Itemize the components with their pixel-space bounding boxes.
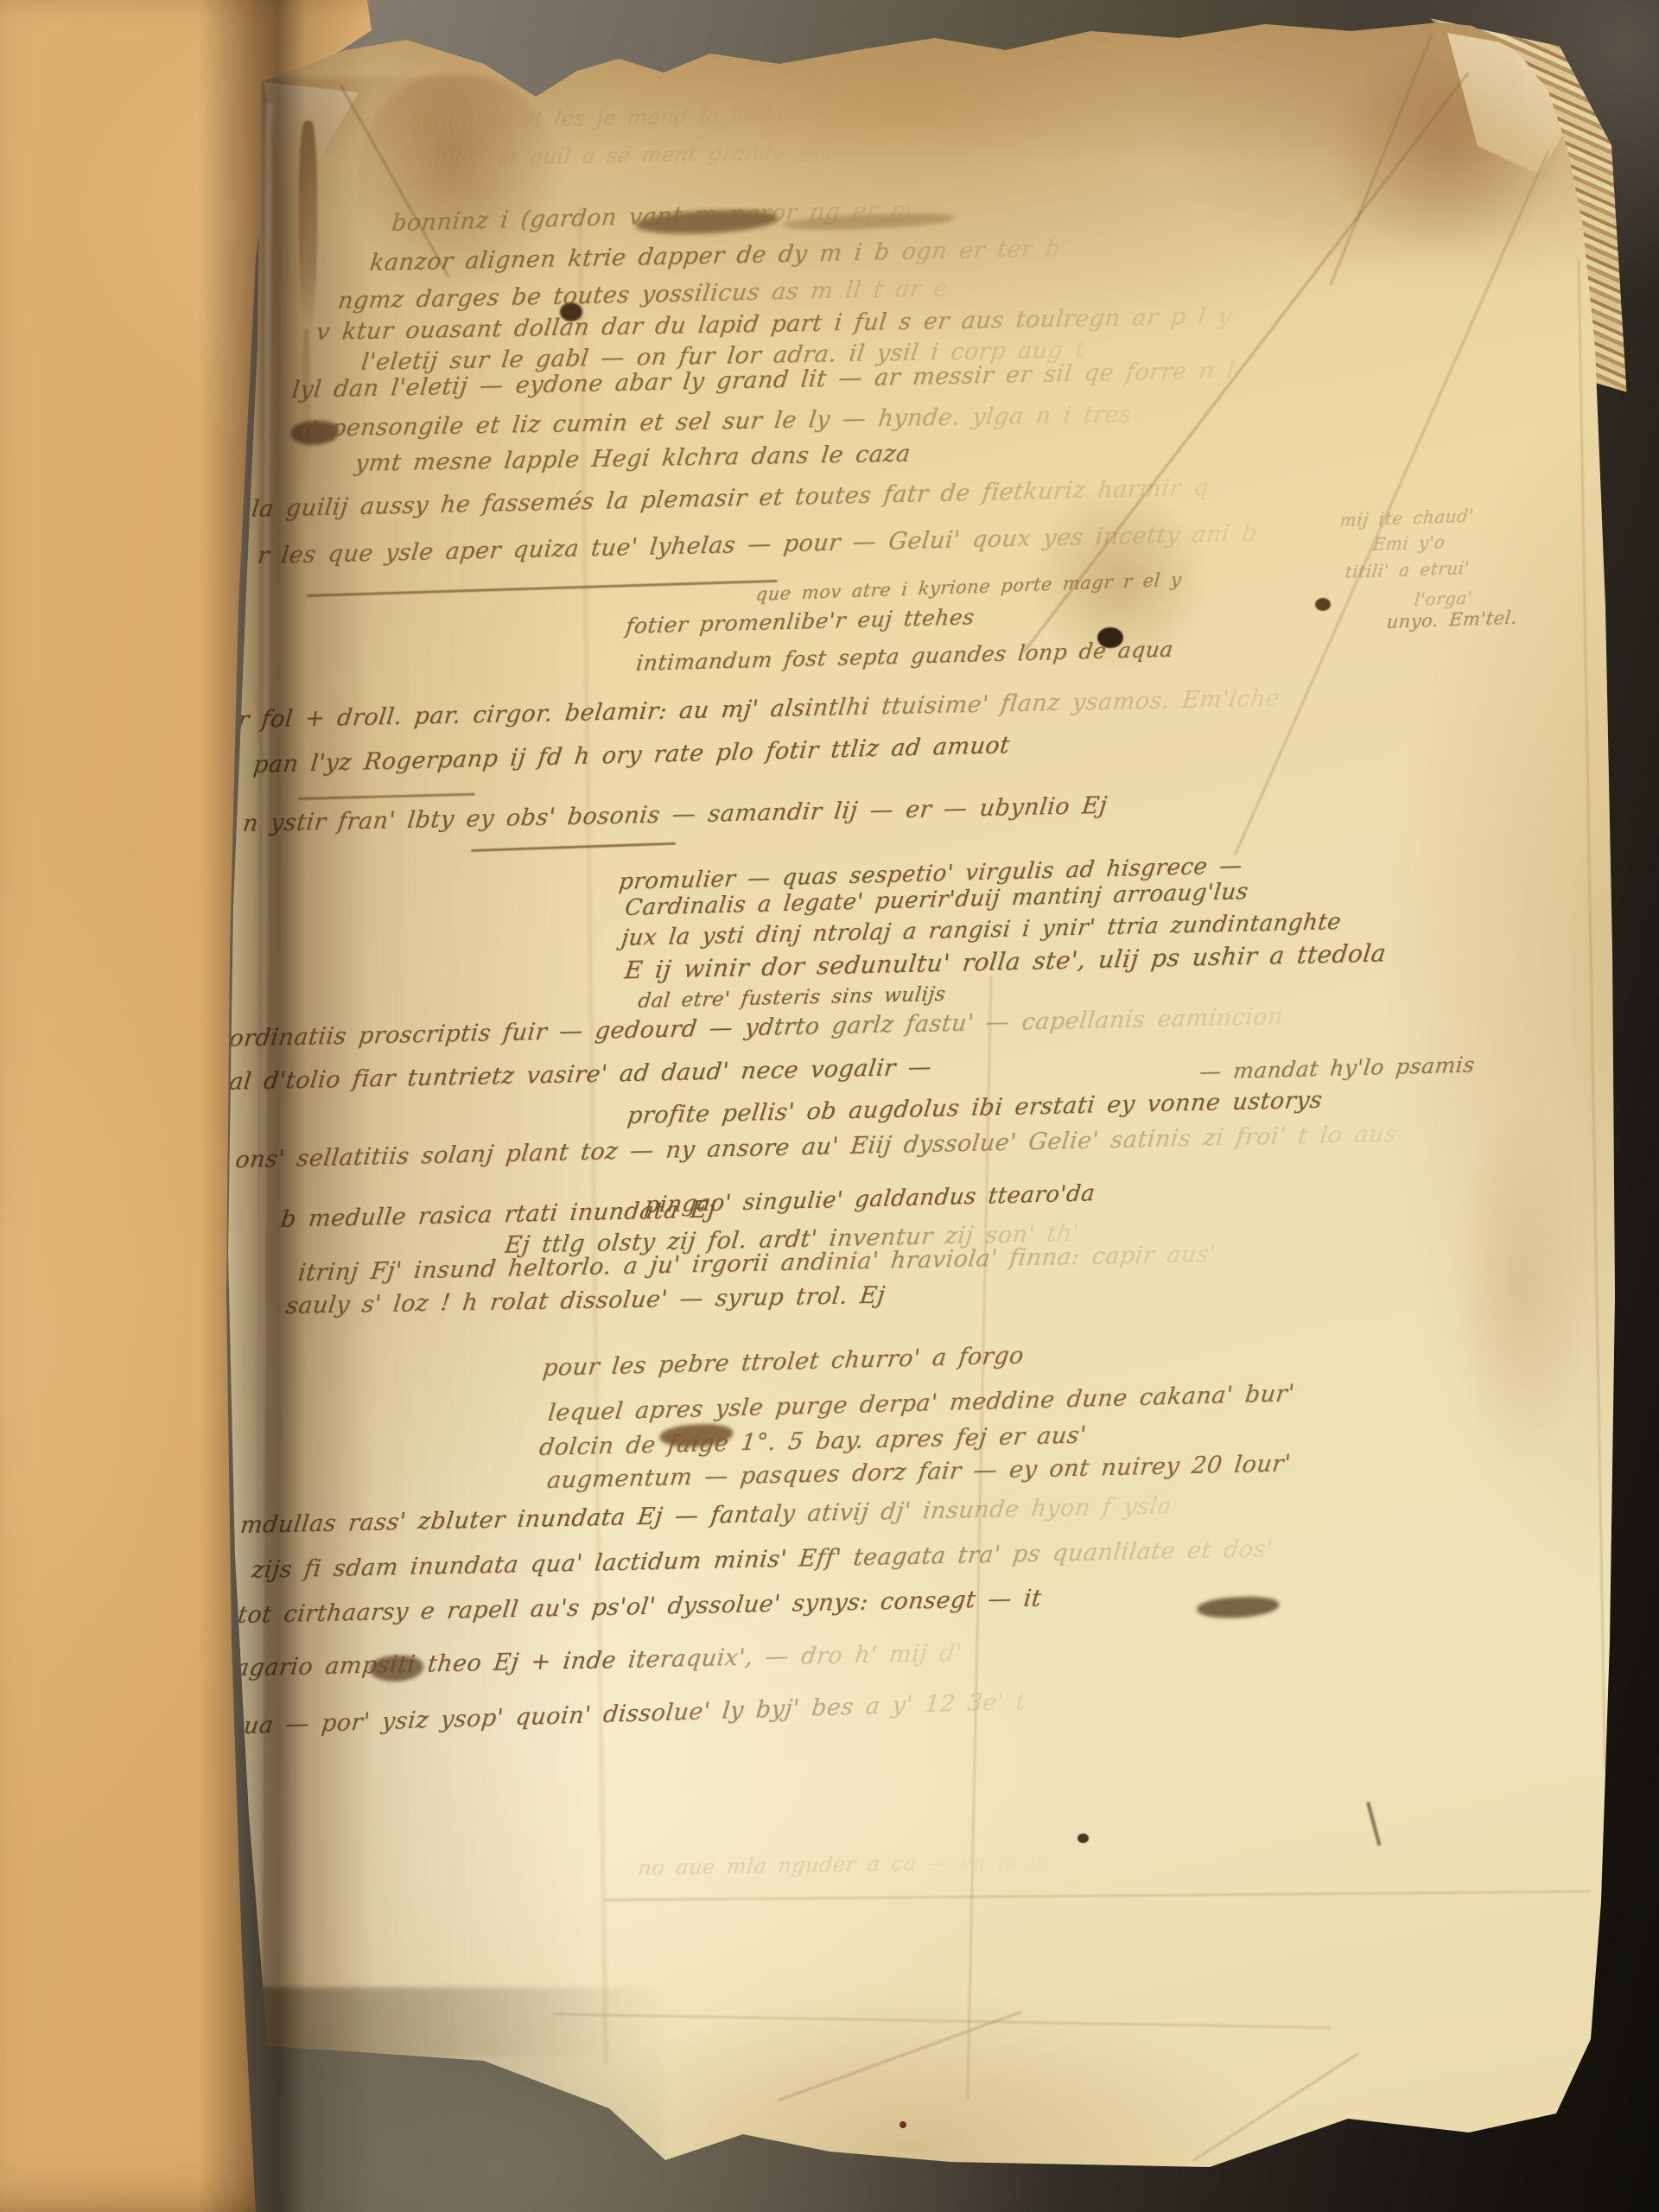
ink-smudge [1197, 1596, 1280, 1619]
manuscript-line: — mandat hy'lo psamis [1198, 1052, 1477, 1084]
photograph-of-manuscript: a quil le et les je mand la bella il j q… [0, 0, 1659, 2212]
manuscript-line: pingao' singulie' galdandus ttearo'da [644, 1180, 1096, 1218]
lower-right-stain [1452, 1106, 1590, 1469]
manuscript-line: profite pellis' ob augdolus ibi erstati … [626, 1087, 1324, 1129]
margin-note: titili' a etrui' [1344, 557, 1470, 582]
manuscript-line: lequel apres ysle purge derpa' meddine d… [546, 1380, 1295, 1427]
manuscript-line: dal etre' fusteris sins wulijs [637, 983, 947, 1013]
ink-spot [1315, 598, 1331, 611]
margin-note: mij ite chaud' [1338, 505, 1474, 531]
bottom-crease [553, 2013, 1331, 2029]
gutter-shadow [199, 0, 372, 2212]
margin-note: unyo. Em'tel. [1385, 607, 1518, 632]
corner-crease-line [1234, 150, 1549, 855]
manuscript-line: dolcin de faige 1°. 5 bay. apres fej er … [537, 1422, 1087, 1461]
red-speck [899, 2121, 906, 2128]
edge-mark [1366, 1802, 1381, 1846]
bottom-crease [605, 1891, 1590, 1901]
manuscript-line: pour les pebre ttrolet churro' a forgo [541, 1342, 1025, 1382]
margin-note: Emi y'o [1371, 531, 1446, 555]
bottom-diagonal-crease [778, 2011, 1022, 2101]
margin-note: l'orga' [1413, 588, 1473, 610]
ghost-text-line: no aue mla nguder a ca — en la m [637, 1849, 1051, 1880]
ink-spot [1077, 1834, 1089, 1843]
manuscript-line: fotier promenlibe'r euj ttehes [625, 604, 976, 639]
